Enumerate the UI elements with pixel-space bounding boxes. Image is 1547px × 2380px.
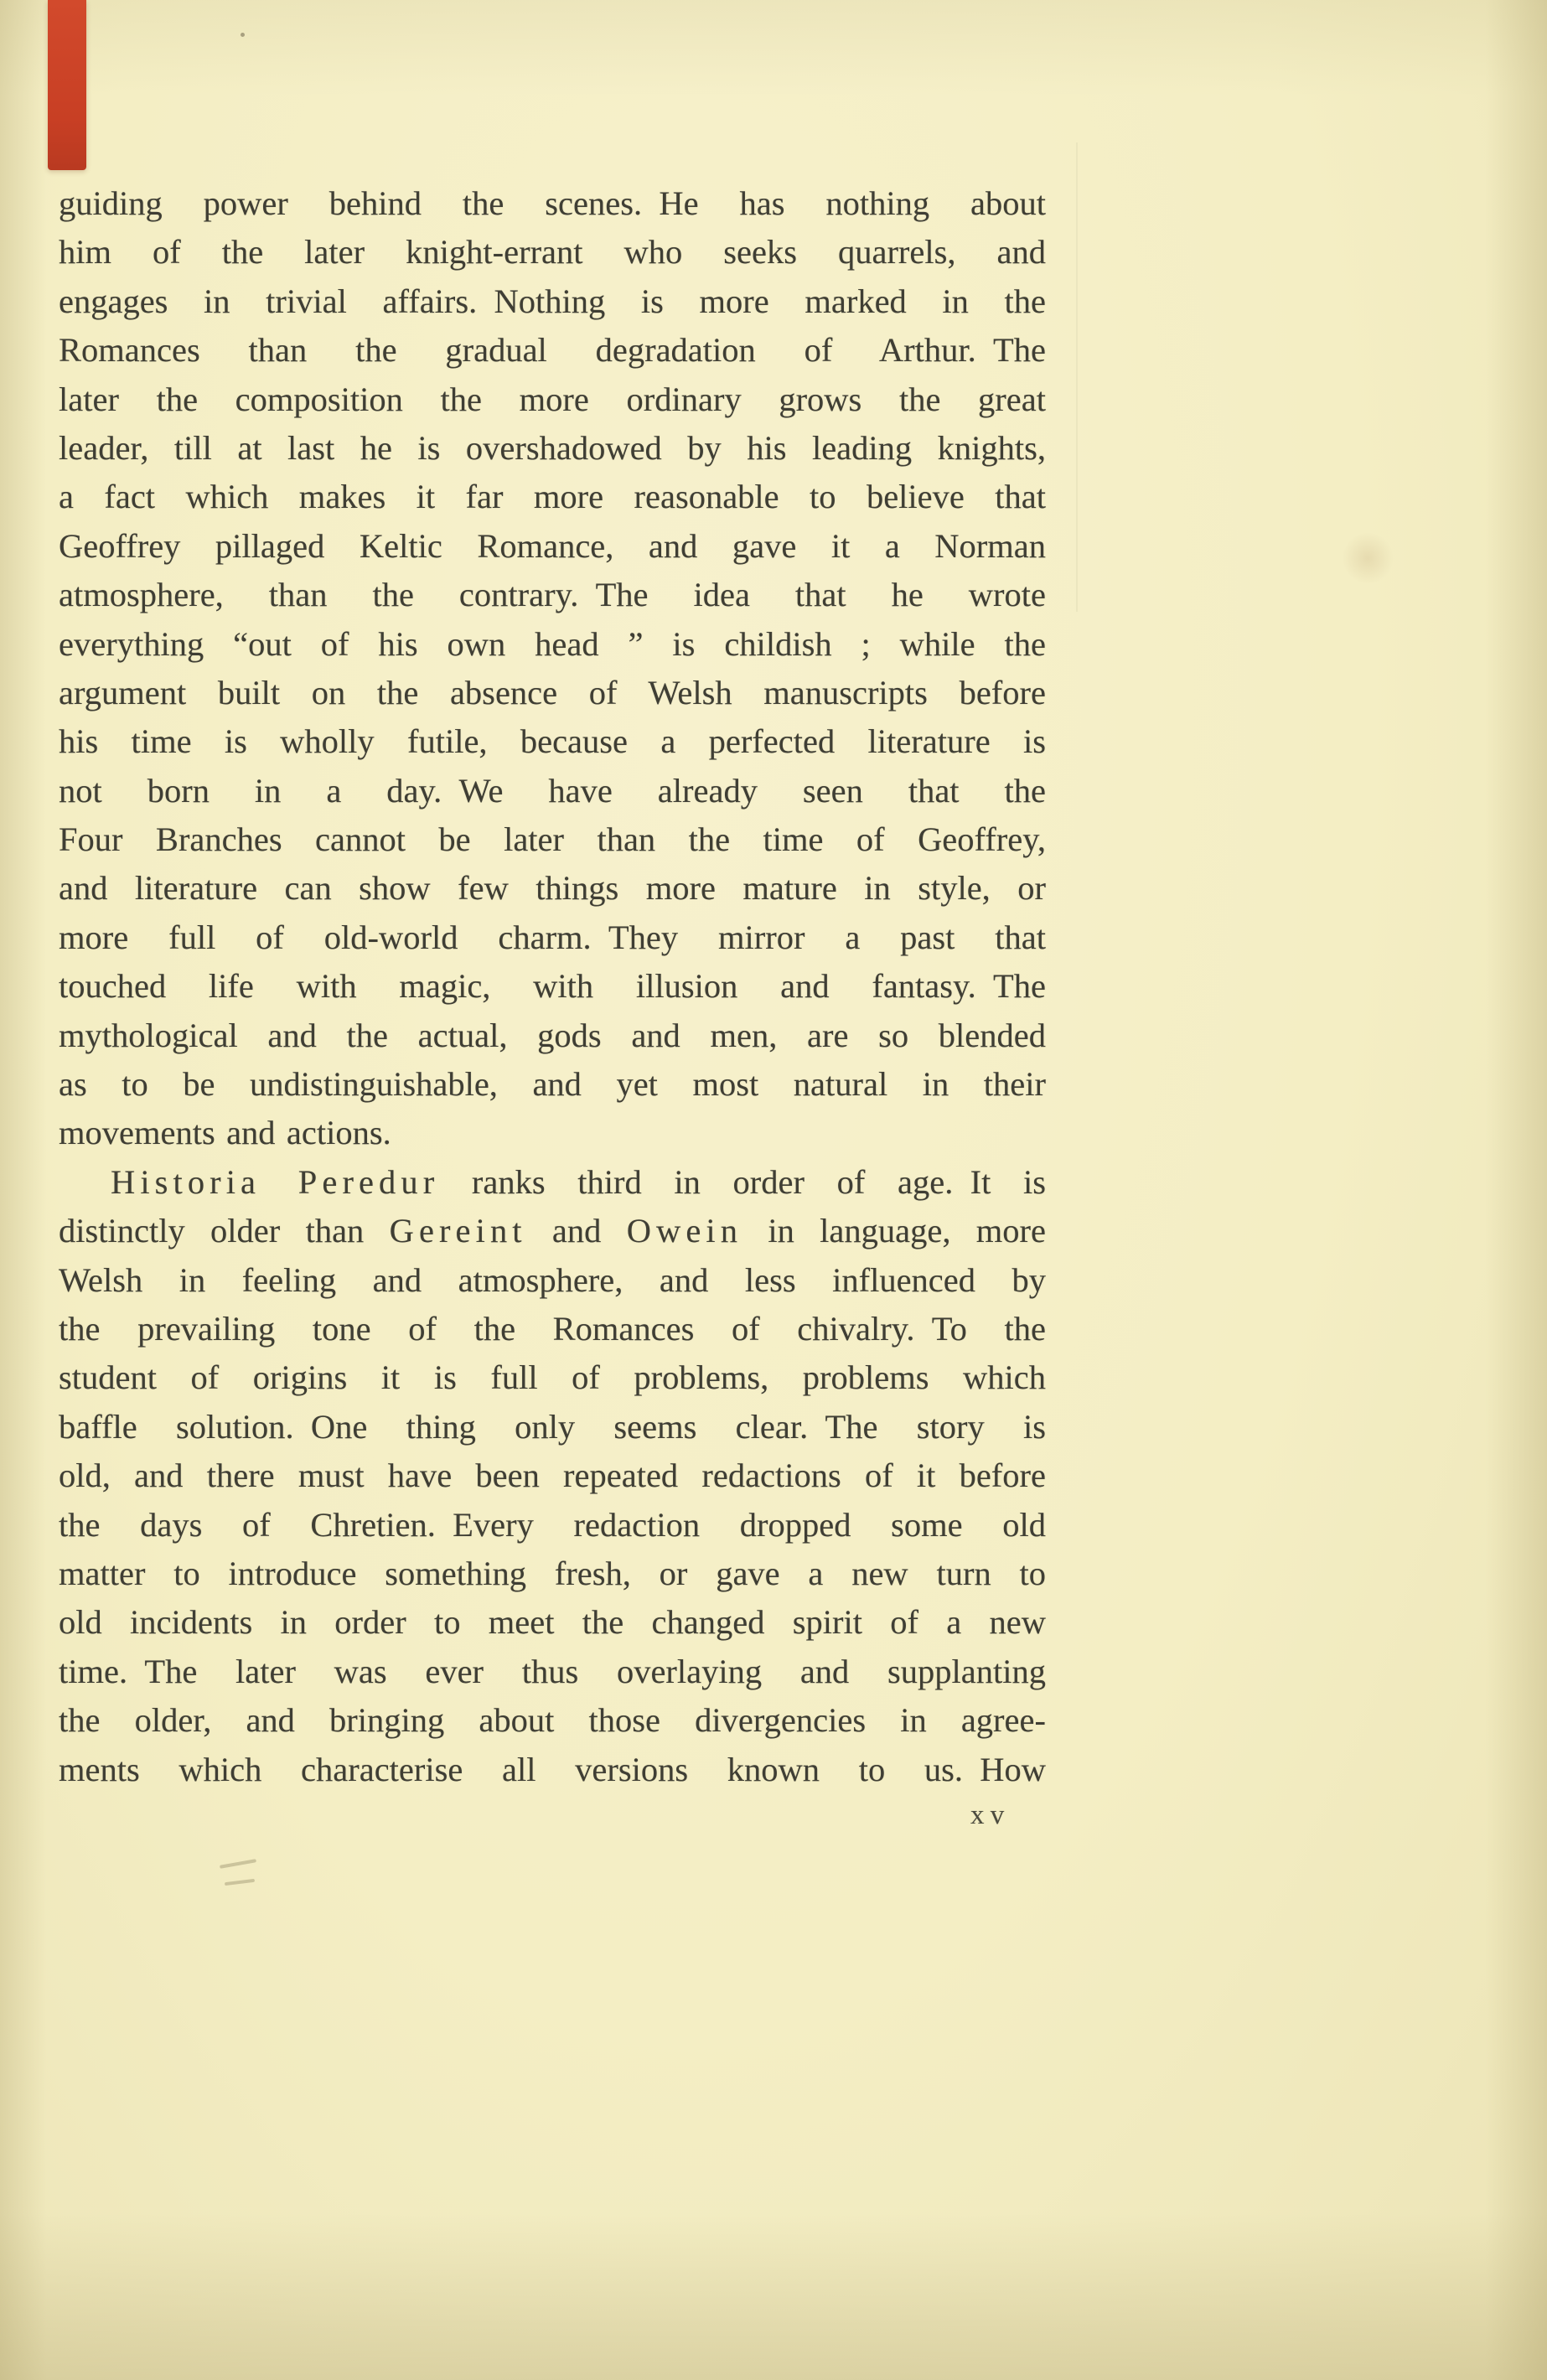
- text-line: guiding power behind the scenes. He has …: [59, 179, 1046, 228]
- paper-smudge: [1341, 533, 1394, 583]
- scanned-book-page: guiding power behind the scenes. He has …: [0, 0, 1547, 2380]
- text-line: student of origins it is full of problem…: [59, 1353, 1046, 1402]
- page-number: xv: [970, 1800, 1011, 1831]
- body-text: guiding power behind the scenes. He has …: [59, 179, 1046, 1794]
- text-line: distinctly older than Gereint and Owein …: [59, 1207, 1046, 1255]
- text-line: matter to introduce something fresh, or …: [59, 1550, 1046, 1598]
- text-line: the older, and bringing about those dive…: [59, 1696, 1046, 1745]
- text-line: his time is wholly futile, because a per…: [59, 717, 1046, 766]
- text-line: argument built on the absence of Welsh m…: [59, 669, 1046, 717]
- text-line: ments which characterise all versions kn…: [59, 1746, 1046, 1794]
- text-line: not born in a day. We have already seen …: [59, 767, 1046, 815]
- pencil-mark: [225, 1879, 255, 1886]
- text-line: the prevailing tone of the Romances of c…: [59, 1305, 1046, 1353]
- red-ribbon-mark: [48, 0, 86, 170]
- text-line: touched life with magic, with illusion a…: [59, 962, 1046, 1011]
- text-line: and literature can show few things more …: [59, 864, 1046, 913]
- text-line: Welsh in feeling and atmosphere, and les…: [59, 1256, 1046, 1305]
- text-line: atmosphere, than the contrary. The idea …: [59, 571, 1046, 619]
- text-line: Geoffrey pillaged Keltic Romance, and ga…: [59, 522, 1046, 571]
- text-line: everything “out of his own head ” is chi…: [59, 620, 1046, 669]
- text-line: mythological and the actual, gods and me…: [59, 1011, 1046, 1060]
- text-line: Four Branches cannot be later than the t…: [59, 815, 1046, 864]
- text-line: old incidents in order to meet the chang…: [59, 1598, 1046, 1647]
- text-line: old, and there must have been repeated r…: [59, 1451, 1046, 1500]
- text-line: more full of old-world charm. They mirro…: [59, 913, 1046, 962]
- text-line: movements and actions.: [59, 1109, 1046, 1157]
- text-line: later the composition the more ordinary …: [59, 375, 1046, 424]
- text-line: as to be undistinguishable, and yet most…: [59, 1060, 1046, 1109]
- page-crease: [1076, 142, 1078, 612]
- text-line: leader, till at last he is overshadowed …: [59, 424, 1046, 473]
- text-line: time. The later was ever thus overlaying…: [59, 1648, 1046, 1696]
- text-line: the days of Chretien. Every redaction dr…: [59, 1501, 1046, 1550]
- text-line: engages in trivial affairs. Nothing is m…: [59, 277, 1046, 326]
- text-line: Romances than the gradual degradation of…: [59, 326, 1046, 375]
- text-line: baffle solution. One thing only seems cl…: [59, 1403, 1046, 1451]
- text-line: a fact which makes it far more reasonabl…: [59, 473, 1046, 521]
- pencil-mark: [220, 1859, 256, 1869]
- text-line: Historia Peredur ranks third in order of…: [59, 1158, 1046, 1207]
- text-line: him of the later knight-errant who seeks…: [59, 228, 1046, 277]
- paper-speck: [241, 33, 245, 37]
